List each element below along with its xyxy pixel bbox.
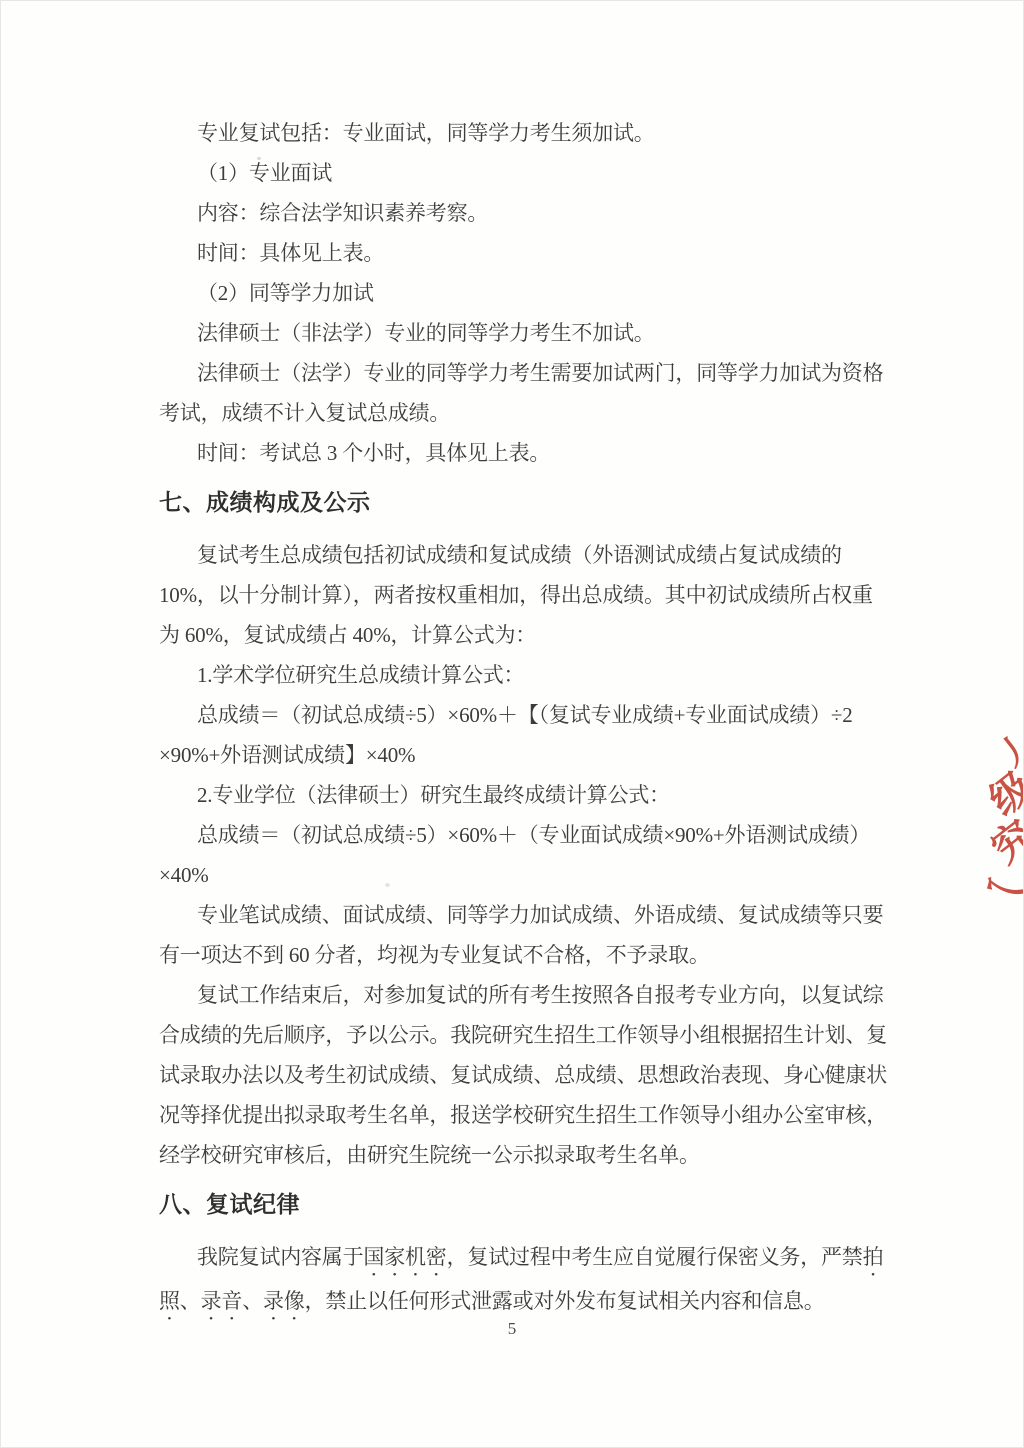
text-line: 2.专业学位（法律硕士）研究生最终成绩计算公式： [159, 775, 891, 815]
text-line: （1）专业面试 [159, 153, 891, 193]
text-line: 1.学术学位研究生总成绩计算公式： [159, 655, 891, 695]
section-heading: 七、成绩构成及公示 [159, 481, 891, 525]
text-run: （1）专业面试 [197, 161, 332, 185]
text-run: 八、复试纪律 [159, 1192, 300, 1217]
seal-glyph: 级 [976, 757, 1023, 827]
text-run: 经学校研究审核后，由研究生院统一公示拟录取考生名单。 [159, 1143, 700, 1167]
text-line: 总成绩＝（初试总成绩÷5）×60%＋【（复试专业成绩+专业面试成绩）÷2 [159, 695, 891, 735]
seal-glyph: 乀 [972, 851, 1023, 905]
section-heading: 八、复试纪律 [159, 1183, 891, 1227]
text-run: 总成绩＝（初试总成绩÷5）×60%＋【（复试专业成绩+专业面试成绩）÷2 [197, 703, 853, 727]
text-run: （2）同等学力加试 [197, 281, 374, 305]
document-body: 专业复试包括：专业面试，同等学力考生须加试。（1）专业面试内容：综合法学知识素养… [159, 113, 891, 1325]
text-run: 法律硕士（法学）专业的同等学力考生需要加试两门，同等学力加试为资格 [197, 361, 883, 385]
emphasized-text: 国家机密 [363, 1245, 446, 1269]
text-run: 1.学术学位研究生总成绩计算公式： [197, 663, 524, 687]
text-run: 七、成绩构成及公示 [159, 490, 371, 515]
text-run: 合成绩的先后顺序，予以公示。我院研究生招生工作领导小组根据招生计划、复 [159, 1023, 887, 1047]
text-run: 试录取办法以及考生初试成绩、复试成绩、总成绩、思想政治表现、身心健康状 [159, 1063, 887, 1087]
text-line: ×40% [159, 855, 891, 895]
emphasized-text: 拍 [863, 1245, 884, 1269]
text-line: 况等择优提出拟录取考生名单，报送学校研究生招生工作领导小组办公室审核， [159, 1095, 891, 1135]
seal-glyph: 究 [978, 805, 1023, 875]
text-line: 总成绩＝（初试总成绩÷5）×60%＋（专业面试成绩×90%+外语测试成绩） [159, 815, 891, 855]
text-run: 时间：具体见上表。 [197, 241, 384, 265]
seal-glyph: 丿 [984, 720, 1023, 780]
text-run: 有一项达不到 60 分者，均视为专业复试不合格，不予录取。 [159, 943, 710, 967]
scanned-page: 专业复试包括：专业面试，同等学力考生须加试。（1）专业面试内容：综合法学知识素养… [0, 0, 1024, 1448]
text-line: （2）同等学力加试 [159, 273, 891, 313]
emphasized-text: 照、录音、录像 [159, 1289, 305, 1313]
text-line: 复试工作结束后，对参加复试的所有考生按照各自报考专业方向，以复试综 [159, 975, 891, 1015]
text-line: 合成绩的先后顺序，予以公示。我院研究生招生工作领导小组根据招生计划、复 [159, 1015, 891, 1055]
text-run: 我院复试内容属于 [197, 1245, 363, 1269]
text-line: 复试考生总成绩包括初试成绩和复试成绩（外语测试成绩占复试成绩的 [159, 535, 891, 575]
text-line: 时间：具体见上表。 [159, 233, 891, 273]
text-line: 试录取办法以及考生初试成绩、复试成绩、总成绩、思想政治表现、身心健康状 [159, 1055, 891, 1095]
text-run: 复试考生总成绩包括初试成绩和复试成绩（外语测试成绩占复试成绩的 [197, 543, 842, 567]
text-run: 专业复试包括：专业面试，同等学力考生须加试。 [197, 121, 655, 145]
text-line: 考试，成绩不计入复试总成绩。 [159, 393, 891, 433]
text-run: ，禁止以任何形式泄露或对外发布复试相关内容和信息。 [305, 1289, 825, 1313]
text-line: 法律硕士（法学）专业的同等学力考生需要加试两门，同等学力加试为资格 [159, 353, 891, 393]
text-line: 时间：考试总 3 个小时，具体见上表。 [159, 433, 891, 473]
text-line: 为 60%，复试成绩占 40%，计算公式为： [159, 615, 891, 655]
text-line: 10%，以十分制计算），两者按权重相加，得出总成绩。其中初试成绩所占权重 [159, 575, 891, 615]
page-number: 5 [1, 1319, 1023, 1339]
text-line: 专业笔试成绩、面试成绩、同等学力加试成绩、外语成绩、复试成绩等只要 [159, 895, 891, 935]
text-line: 有一项达不到 60 分者，均视为专业复试不合格，不予录取。 [159, 935, 891, 975]
red-seal-fragment-icon: 丿级究乀 [965, 719, 1023, 905]
text-run: 专业笔试成绩、面试成绩、同等学力加试成绩、外语成绩、复试成绩等只要 [197, 903, 883, 927]
scan-speck [257, 157, 261, 160]
text-line: 内容：综合法学知识素养考察。 [159, 193, 891, 233]
text-run: 10%，以十分制计算），两者按权重相加，得出总成绩。其中初试成绩所占权重 [159, 583, 873, 607]
text-run: 时间：考试总 3 个小时，具体见上表。 [197, 441, 550, 465]
text-run: 为 60%，复试成绩占 40%，计算公式为： [159, 623, 536, 647]
text-run: 法律硕士（非法学）专业的同等学力考生不加试。 [197, 321, 655, 345]
text-line: 经学校研究审核后，由研究生院统一公示拟录取考生名单。 [159, 1135, 891, 1175]
text-run: 考试，成绩不计入复试总成绩。 [159, 401, 450, 425]
text-run: 复试工作结束后，对参加复试的所有考生按照各自报考专业方向，以复试综 [197, 983, 883, 1007]
text-run: 总成绩＝（初试总成绩÷5）×60%＋（专业面试成绩×90%+外语测试成绩） [197, 823, 870, 847]
text-line: ×90%+外语测试成绩】×40% [159, 735, 891, 775]
text-run: 况等择优提出拟录取考生名单，报送学校研究生招生工作领导小组办公室审核， [159, 1103, 887, 1127]
text-run: 内容：综合法学知识素养考察。 [197, 201, 488, 225]
text-run: ×90%+外语测试成绩】×40% [159, 743, 415, 767]
text-run: ×40% [159, 863, 209, 887]
text-line: 我院复试内容属于国家机密，复试过程中考生应自觉履行保密义务，严禁拍 [159, 1237, 891, 1281]
text-run: ，复试过程中考生应自觉履行保密义务，严禁 [447, 1245, 863, 1269]
text-line: 法律硕士（非法学）专业的同等学力考生不加试。 [159, 313, 891, 353]
scan-speck [385, 883, 390, 887]
text-run: 2.专业学位（法律硕士）研究生最终成绩计算公式： [197, 783, 670, 807]
text-line: 专业复试包括：专业面试，同等学力考生须加试。 [159, 113, 891, 153]
